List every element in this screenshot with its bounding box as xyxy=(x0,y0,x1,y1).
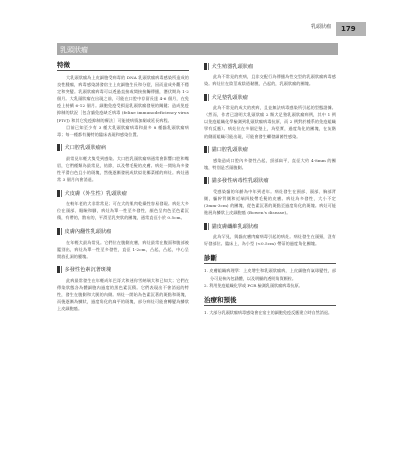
page-number: 179 xyxy=(336,22,366,36)
treatment-heading: 治療和預後 xyxy=(204,295,336,306)
features-heading: 特徵 xyxy=(57,60,189,71)
heading-bar-icon xyxy=(57,144,62,151)
diagnosis-item: 2. 利用免疫組織化學或 PCR 檢測乳頭狀瘤病毒抗原。 xyxy=(204,282,336,289)
heading-bar-icon xyxy=(57,190,62,197)
subsection-text: 此為不常見的成犬的疾病，且並無法病毒感染所引起的型態證據。（然而，作者已證明犬乳… xyxy=(204,104,336,139)
subsection-title: 犬皮膚（外生性）乳頭狀瘤 xyxy=(65,190,127,197)
subsection-title: 貓口腔乳頭狀瘤 xyxy=(212,146,248,153)
subsection-heading: 貓皮膚纖維乳頭狀瘤 xyxy=(204,222,336,230)
subsection-title: 皮膚內翻性乳頭狀瘤 xyxy=(65,228,112,235)
subsection-title: 貓皮膚纖維乳頭狀瘤 xyxy=(212,223,259,230)
subsection-text: 此為不常見的疾病，且非交配行為傳播為性交型的乳頭狀瘤病毒感染。病灶位在陰莖或陰道… xyxy=(204,73,336,87)
subsection-title: 多發性色素沉著斑塊 xyxy=(65,266,112,273)
subsection-heading: 貓口腔乳頭狀瘤 xyxy=(204,146,336,154)
subsection-title: 貓多發性病毒性乳頭狀瘤 xyxy=(212,177,269,184)
heading-bar-icon xyxy=(57,266,62,273)
subsection-text: 感染造成口腔內多發性凸起，頂部扁平，直徑大約 4-8mm 的團塊，特別是舌頭腹側… xyxy=(204,157,336,171)
diagnosis-heading: 診斷 xyxy=(204,253,336,264)
heading-bar-icon xyxy=(204,63,209,70)
subsection-text: 受感染貓的年齡為中年到老年。病灶發生在頸部、頭部、胸部背側，軀幹背側和近端四肢帶… xyxy=(204,188,336,216)
diagnosis-item: 1. 皮膚組織病理學：上皮增生和乳頭狀瘤病，上皮細胞有氣球變性，部分可見核內包涵… xyxy=(204,267,336,281)
subsection-text: 此為罕見，與貓皮膚肉瘤病毒引起的病灶。病灶發生在頭頸，沒有好發部位。臨床上，為小… xyxy=(204,233,336,247)
section-title-bar: 乳頭狀瘤 xyxy=(57,43,338,55)
running-header-title: 乳頭狀瘤 xyxy=(311,23,331,30)
heading-bar-icon xyxy=(204,94,209,101)
heading-bar-icon xyxy=(204,223,209,230)
diagnosis-list: 1. 皮膚組織病理學：上皮增生和乳頭狀瘤病，上皮細胞有氣球變性，部分可見核內包涵… xyxy=(204,267,336,288)
right-column: 犬生殖器乳頭狀瘤 此為不常見的疾病，且非交配行為傳播為性交型的乳頭狀瘤病毒感染。… xyxy=(204,56,336,316)
treatment-item: 1. 大部分乳頭狀瘤病毒感染會在宿主的細胞免疫反應建立時自然消退。 xyxy=(204,309,336,316)
subsection-title: 犬口腔乳頭狀瘤病 xyxy=(65,144,107,151)
features-paragraph-2: 目前已知至少有 3 種犬乳頭狀瘤病毒和最多 8 種貓乳頭狀瘤病毒；每一種都有獨特… xyxy=(57,124,189,138)
subsection-text: 此病最常發生在年輕成年巴哥犬和迷你雪納瑞犬和已知犬；它們在傳染狀態各為體細胞內過… xyxy=(57,277,189,312)
subsection-heading: 犬口腔乳頭狀瘤病 xyxy=(57,144,189,152)
left-column: 特徵 大乳頭狀瘤為上皮細胞受病毒的 DNA 乳頭狀瘤病毒感染所造成的良性腫瘤，病… xyxy=(57,58,189,312)
subsection-heading: 皮膚內翻性乳頭狀瘤 xyxy=(57,228,189,236)
heading-bar-icon xyxy=(57,228,62,235)
subsection-heading: 貓多發性病毒性乳頭狀瘤 xyxy=(204,177,336,185)
subsection-text: 在年輕犬最為常見。它們位在腹側皮膚，病灶最常在腹面和腹部被鑑別出，病灶為單一性至… xyxy=(57,239,189,260)
subsection-text: 在較年老的犬非常常見；可在犬的肌肉乾燥性容易發現。病灶大多位在頭部、眼瞼和腳，病… xyxy=(57,200,189,221)
subsection-heading: 犬皮膚（外生性）乳頭狀瘤 xyxy=(57,189,189,197)
heading-bar-icon xyxy=(204,177,209,184)
subsection-heading: 多發性色素沉著斑塊 xyxy=(57,266,189,274)
features-paragraph-1: 大乳頭狀瘤為上皮細胞受病毒的 DNA 乳頭狀瘤病毒感染所造成的良性腫瘤，病毒感染… xyxy=(57,74,189,124)
subsection-heading: 犬足墊乳頭狀瘤 xyxy=(204,93,336,101)
subsection-title: 犬生殖器乳頭狀瘤 xyxy=(212,63,254,70)
subsection-title: 犬足墊乳頭狀瘤 xyxy=(212,94,248,101)
heading-bar-icon xyxy=(204,146,209,153)
treatment-list: 1. 大部分乳頭狀瘤病毒感染會在宿主的細胞免疫反應建立時自然消退。 xyxy=(204,309,336,316)
subsection-text: 最常見年輕犬隻受到感染。犬口腔乳頭狀瘤病通常會影響口腔和嘴唇，它們種類為最常見，… xyxy=(57,155,189,183)
subsection-heading: 犬生殖器乳頭狀瘤 xyxy=(204,62,336,70)
